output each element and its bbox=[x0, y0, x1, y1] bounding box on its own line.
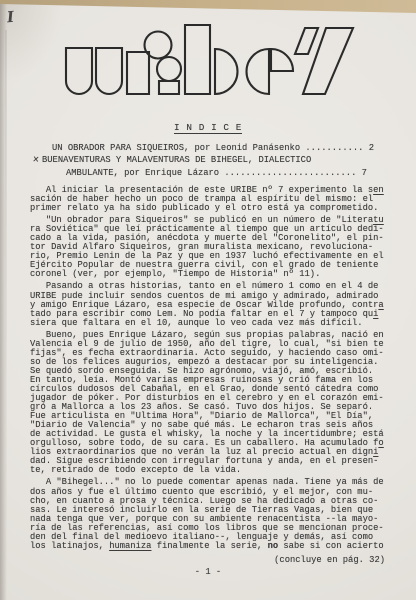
logo-numeral-7 bbox=[295, 28, 353, 94]
left-edge-shadow bbox=[0, 0, 7, 600]
text-line: te, retirado de todo excepto de la vida. bbox=[30, 466, 398, 475]
paragraph: Al iniciar la presentación de este URIBE… bbox=[30, 186, 398, 213]
logo-letter-b bbox=[185, 25, 238, 94]
paragraph: Pasando a otras historias, tanto en el n… bbox=[30, 282, 398, 327]
body-text: Al iniciar la presentación de este URIBE… bbox=[30, 186, 398, 551]
uribe-logo bbox=[58, 14, 358, 106]
scanned-fanzine-page: { "colors": { "paper": "#e9e6e1", "scan_… bbox=[0, 0, 416, 600]
index-entry-2-text: BUENAVENTURAS Y MALAVENTURAS DE BIHEGEL,… bbox=[42, 155, 311, 165]
logo-letter-r bbox=[127, 32, 172, 95]
paragraph: "Un obrador para Siqueiros" se publicó e… bbox=[30, 216, 398, 279]
continuation-note: (concluye en pág. 32) bbox=[274, 555, 385, 565]
page-number: - 1 - bbox=[0, 567, 416, 577]
text-line: coronel (ver, por ejemplo, "Tiempo de Hi… bbox=[30, 270, 398, 279]
paragraph: Bueno, pues Enrique Lázaro, según sus pr… bbox=[30, 331, 398, 476]
logo-letter-i bbox=[157, 57, 181, 94]
logo-letter-u bbox=[66, 48, 122, 94]
text-line: siera que faltara en el 10, aunque lo ve… bbox=[30, 319, 398, 328]
paper-page: I I N D I C E UN OBRADOR PARA SIQUEIRO bbox=[0, 0, 416, 600]
index-entry-1: UN OBRADOR PARA SIQUEIROS, por Leonid Pa… bbox=[52, 142, 402, 154]
index-entry-2-line-2: AMBULANTE, por Enrique Lázaro ..........… bbox=[66, 167, 402, 179]
logo-letter-e bbox=[247, 49, 294, 94]
handwritten-x-mark: ✕ bbox=[32, 153, 39, 167]
text-line: primer relato ya ha sido publicado y el … bbox=[30, 204, 398, 213]
index-list: UN OBRADOR PARA SIQUEIROS, por Leonid Pa… bbox=[42, 142, 402, 179]
index-entry-2-line-1: ✕BUENAVENTURAS Y MALAVENTURAS DE BIHEGEL… bbox=[42, 154, 402, 166]
paragraph: A "Bihegel..." no lo puede comentar apen… bbox=[30, 478, 398, 550]
index-title: I N D I C E bbox=[0, 122, 416, 133]
text-line: los latinajos, humaniza finalmente la se… bbox=[30, 542, 398, 551]
